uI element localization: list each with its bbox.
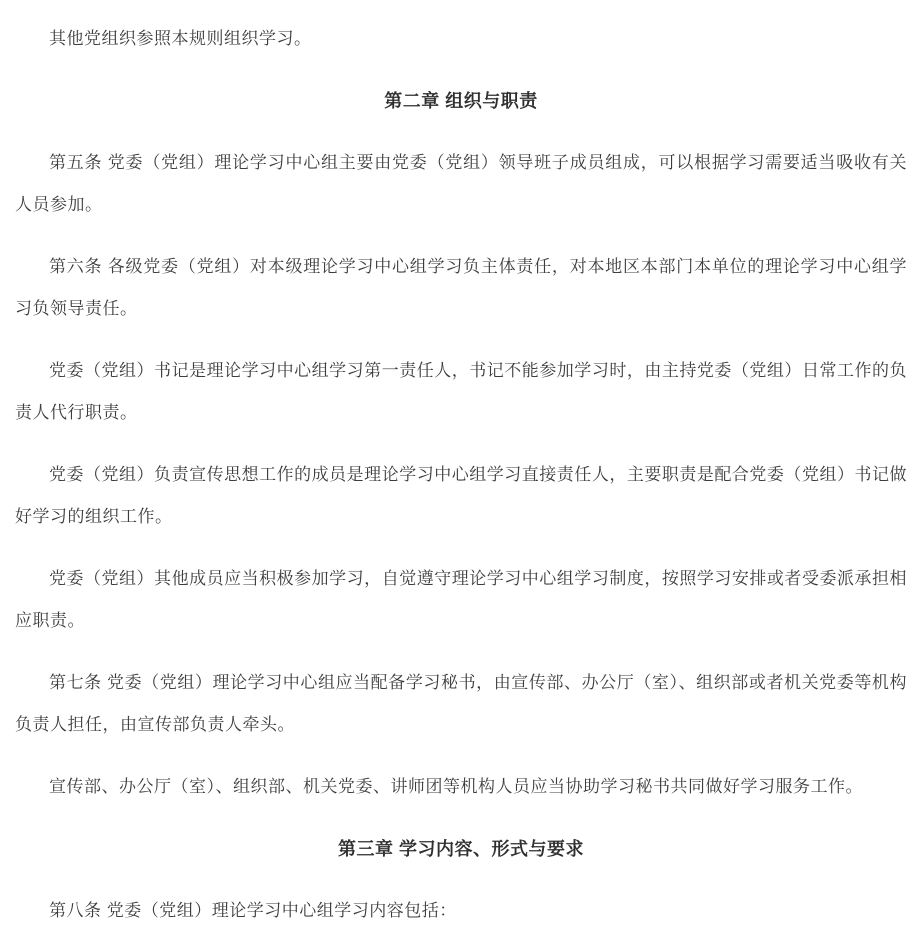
paragraph: 党委（党组）其他成员应当积极参加学习，自觉遵守理论学习中心组学习制度，按照学习安… bbox=[15, 558, 907, 642]
chapter-heading-3: 第三章 学习内容、形式与要求 bbox=[15, 828, 907, 870]
chapter-heading-2: 第二章 组织与职责 bbox=[15, 80, 907, 122]
paragraph: 第五条 党委（党组）理论学习中心组主要由党委（党组）领导班子成员组成，可以根据学… bbox=[15, 142, 907, 226]
paragraph: 第六条 各级党委（党组）对本级理论学习中心组学习负主体责任，对本地区本部门本单位… bbox=[15, 246, 907, 330]
document-page: 其他党组织参照本规则组织学习。 第二章 组织与职责 第五条 党委（党组）理论学习… bbox=[0, 0, 922, 925]
paragraph: 宣传部、办公厅（室）、组织部、机关党委、讲师团等机构人员应当协助学习秘书共同做好… bbox=[15, 766, 907, 808]
paragraph: 其他党组织参照本规则组织学习。 bbox=[15, 18, 907, 60]
paragraph: 第八条 党委（党组）理论学习中心组学习内容包括： bbox=[15, 890, 907, 925]
paragraph: 党委（党组）负责宣传思想工作的成员是理论学习中心组学习直接责任人，主要职责是配合… bbox=[15, 454, 907, 538]
paragraph: 党委（党组）书记是理论学习中心组学习第一责任人，书记不能参加学习时，由主持党委（… bbox=[15, 350, 907, 434]
paragraph: 第七条 党委（党组）理论学习中心组应当配备学习秘书，由宣传部、办公厅（室）、组织… bbox=[15, 662, 907, 746]
